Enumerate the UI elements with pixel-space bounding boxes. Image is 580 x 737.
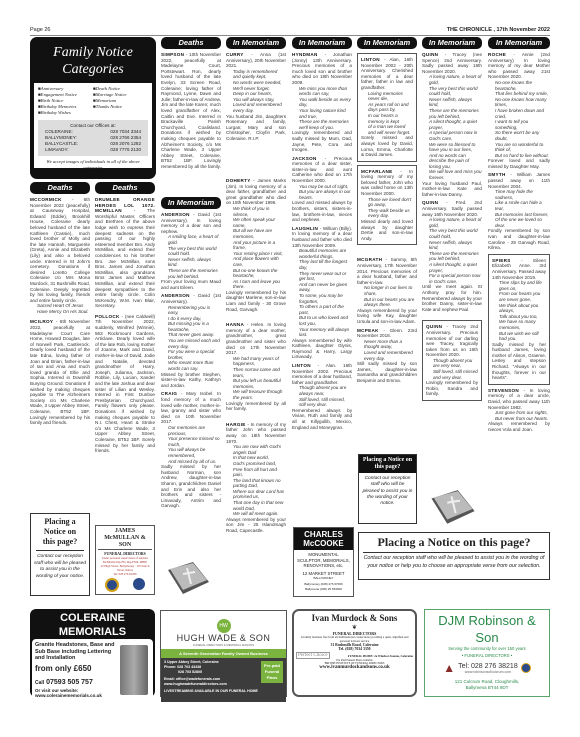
deaths-column-1: Deaths MCCORMICK - 6th November 2022 (pe… — [30, 182, 90, 429]
djm-robinson-ad: DJM Robinson & Son Serving the community… — [424, 609, 550, 697]
flourish-icon: ❦ — [296, 624, 413, 631]
deaths-banner: Deaths — [95, 182, 155, 194]
memoriam-column-3: In Memoriam LINTON - Alan, 16th November… — [357, 37, 417, 386]
category-list: AnniversaryDeath Notice Engagement Notic… — [38, 86, 148, 116]
warning-triangle-logo-icon: ▲ — [443, 661, 455, 675]
memoriam-column-1: In Memoriam CURRY - Anna (1st Anniversar… — [226, 37, 286, 145]
placing-notice-box-mid: Placing a Notice on this page? Contact o… — [358, 454, 417, 524]
page-number: Page 26 — [30, 27, 51, 33]
memoriam-column-4: In Memoriam QUINN - Tracey (nee Spence) … — [422, 37, 482, 404]
headstone-icon — [120, 645, 148, 695]
deaths-banner: Deaths — [30, 182, 90, 194]
categories-title: Family NoticeCategories — [34, 44, 152, 78]
memoriam-banner: In Memoriam — [488, 37, 550, 49]
memoriam-banner: In Memoriam — [161, 197, 221, 209]
memoriam-column-anderson: In Memoriam ANDERSON - David (1st Annive… — [161, 197, 221, 512]
coleraine-memorials-ad: COLERAINE MEMORIALS Granite Headstones, … — [30, 609, 155, 697]
deaths-column-2: Deaths DRUMLEE ORANGE HEROES LOL 1072. M… — [95, 182, 155, 457]
memoriam-column-5: In Memoriam ROCHE - Annie (2nd Anniversa… — [488, 37, 550, 436]
memoriam-banner: In Memoriam — [292, 37, 352, 49]
memoriam-banner: In Memoriam — [357, 37, 417, 49]
office-contacts: Contact our Offices at: COLERAINE:028 70… — [38, 120, 148, 156]
bible-icon — [163, 560, 213, 600]
memoriam-banner: In Memoriam — [422, 37, 482, 49]
deaths-banner: Deaths — [161, 37, 221, 49]
bible-icon — [425, 488, 480, 530]
placing-notice-box-wide: Placing a Notice on this page? Contact o… — [358, 532, 550, 580]
family-notice-categories: Family NoticeCategories AnniversaryDeath… — [30, 37, 156, 179]
selected-independent-logo-icon — [133, 578, 145, 590]
memoriam-banner: In Memoriam — [226, 37, 286, 49]
page-header: Page 26 THE CHRONICLE , 17th November 20… — [30, 26, 550, 36]
hugh-wade-logo-icon: HW — [217, 619, 231, 633]
paper-dateline: THE CHRONICLE , 17th November 2022 — [447, 27, 550, 33]
memoriam-column-1b: DOHERTY - James Marks (Jim). In loving m… — [226, 178, 286, 537]
categories-footnote: We accept images of individuals in all o… — [38, 159, 148, 171]
hugh-wade-ad: HW HUGH WADE & SON FUNERAL DIRECTORS & M… — [160, 610, 287, 697]
prepaid-plans-button: Pre-paid Funeral Plans — [261, 661, 283, 683]
memoriam-column-2: In Memoriam HYNDMAN - Jonathan (Jonny) 1… — [292, 37, 352, 433]
mcmullan-ad: JAMES McMULLAN & SON FUNERAL DIRECTORS U… — [95, 525, 155, 595]
nafd-logo-icon — [521, 663, 531, 673]
deaths-column-top: Deaths SIMPSON - 10th November 2022, pea… — [161, 37, 221, 172]
nafd-logo-icon — [105, 578, 119, 592]
ivan-murdock-ad: Ivan Murdock & Sons ❦ FUNERAL DIRECTORS … — [292, 609, 417, 697]
mccooke-ad: CHARLESMcCOOKE MONUMENTAL SCULPTOR, MEMO… — [293, 527, 354, 597]
placing-notice-box-left: Placing aNotice onthis page? Contact our… — [30, 513, 90, 596]
